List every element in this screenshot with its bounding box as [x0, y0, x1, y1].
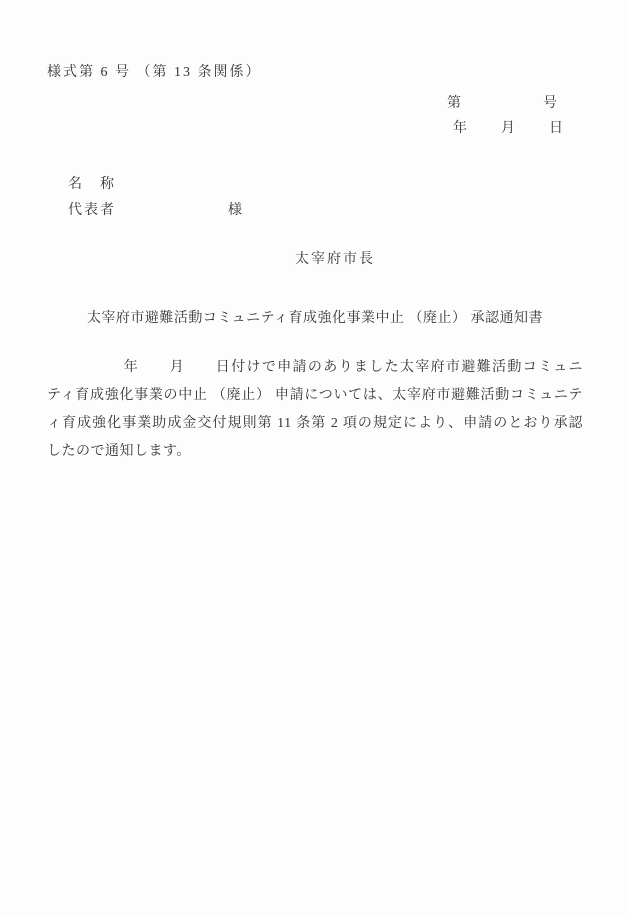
- body-paragraph: 年 月 日付けで申請のありました太宰府市避難活動コミュニ ティ育成強化事業の中止…: [47, 354, 583, 466]
- document-title: 太宰府市避難活動コミュニティ育成強化事業中止 （廃止） 承認通知書: [47, 307, 583, 327]
- recipient-representative-line: 代表者 様: [68, 204, 244, 218]
- recipient-name-label: 名 称: [68, 178, 116, 192]
- body-line-4: したので通知します。: [47, 438, 583, 466]
- form-number: 様式第 6 号 （第 13 条関係）: [47, 66, 262, 80]
- document-number-line: 第 号: [447, 97, 559, 111]
- body-line-1: 年 月 日付けで申請のありました太宰府市避難活動コミュニ: [47, 354, 583, 382]
- sender-title: 太宰府市長: [295, 253, 375, 267]
- body-line-2: ティ育成強化事業の中止 （廃止） 申請については、太宰府市避難活動コミュニテ: [47, 382, 583, 410]
- issue-date-line: 年 月 日: [453, 122, 565, 136]
- body-line-3: ィ育成強化事業助成金交付規則第 11 条第 2 項の規定により、申請のとおり承認: [47, 410, 583, 438]
- document-page: 様式第 6 号 （第 13 条関係） 第 号 年 月 日 名 称 代表者 様 太…: [0, 0, 630, 915]
